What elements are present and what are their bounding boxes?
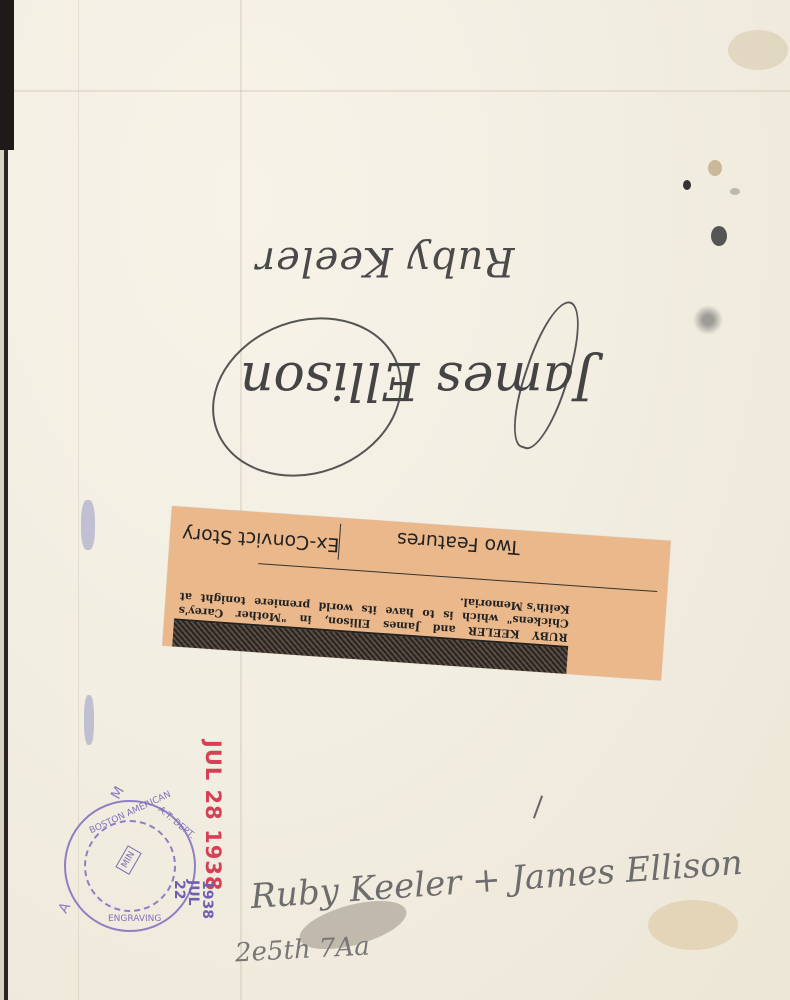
stain — [693, 300, 723, 340]
crease-line — [240, 0, 242, 1000]
clipping-headline-left: Two Features — [396, 528, 521, 559]
crease-line — [8, 90, 790, 92]
ink-smudge — [84, 695, 94, 745]
engraving-date-stamp: 1938 JUL 22 — [172, 880, 214, 919]
stain — [683, 180, 691, 190]
scan-edge — [0, 0, 14, 150]
clipping-headline-right: Ex-Convict Story — [181, 523, 340, 556]
stain — [708, 160, 722, 176]
ink-smudge — [81, 500, 95, 550]
stain — [711, 226, 727, 246]
stain — [728, 30, 788, 70]
signature-james-ellison: James Ellison — [240, 350, 594, 410]
engraving-stamp-bottom-text: ENGRAVING — [108, 914, 161, 924]
scan-edge — [0, 150, 4, 1000]
received-date-stamp: JUL 28 1938 — [201, 740, 225, 892]
signature-ruby-keeler: Ruby Keeler — [255, 238, 515, 284]
stain — [730, 188, 740, 195]
stain — [648, 900, 738, 950]
